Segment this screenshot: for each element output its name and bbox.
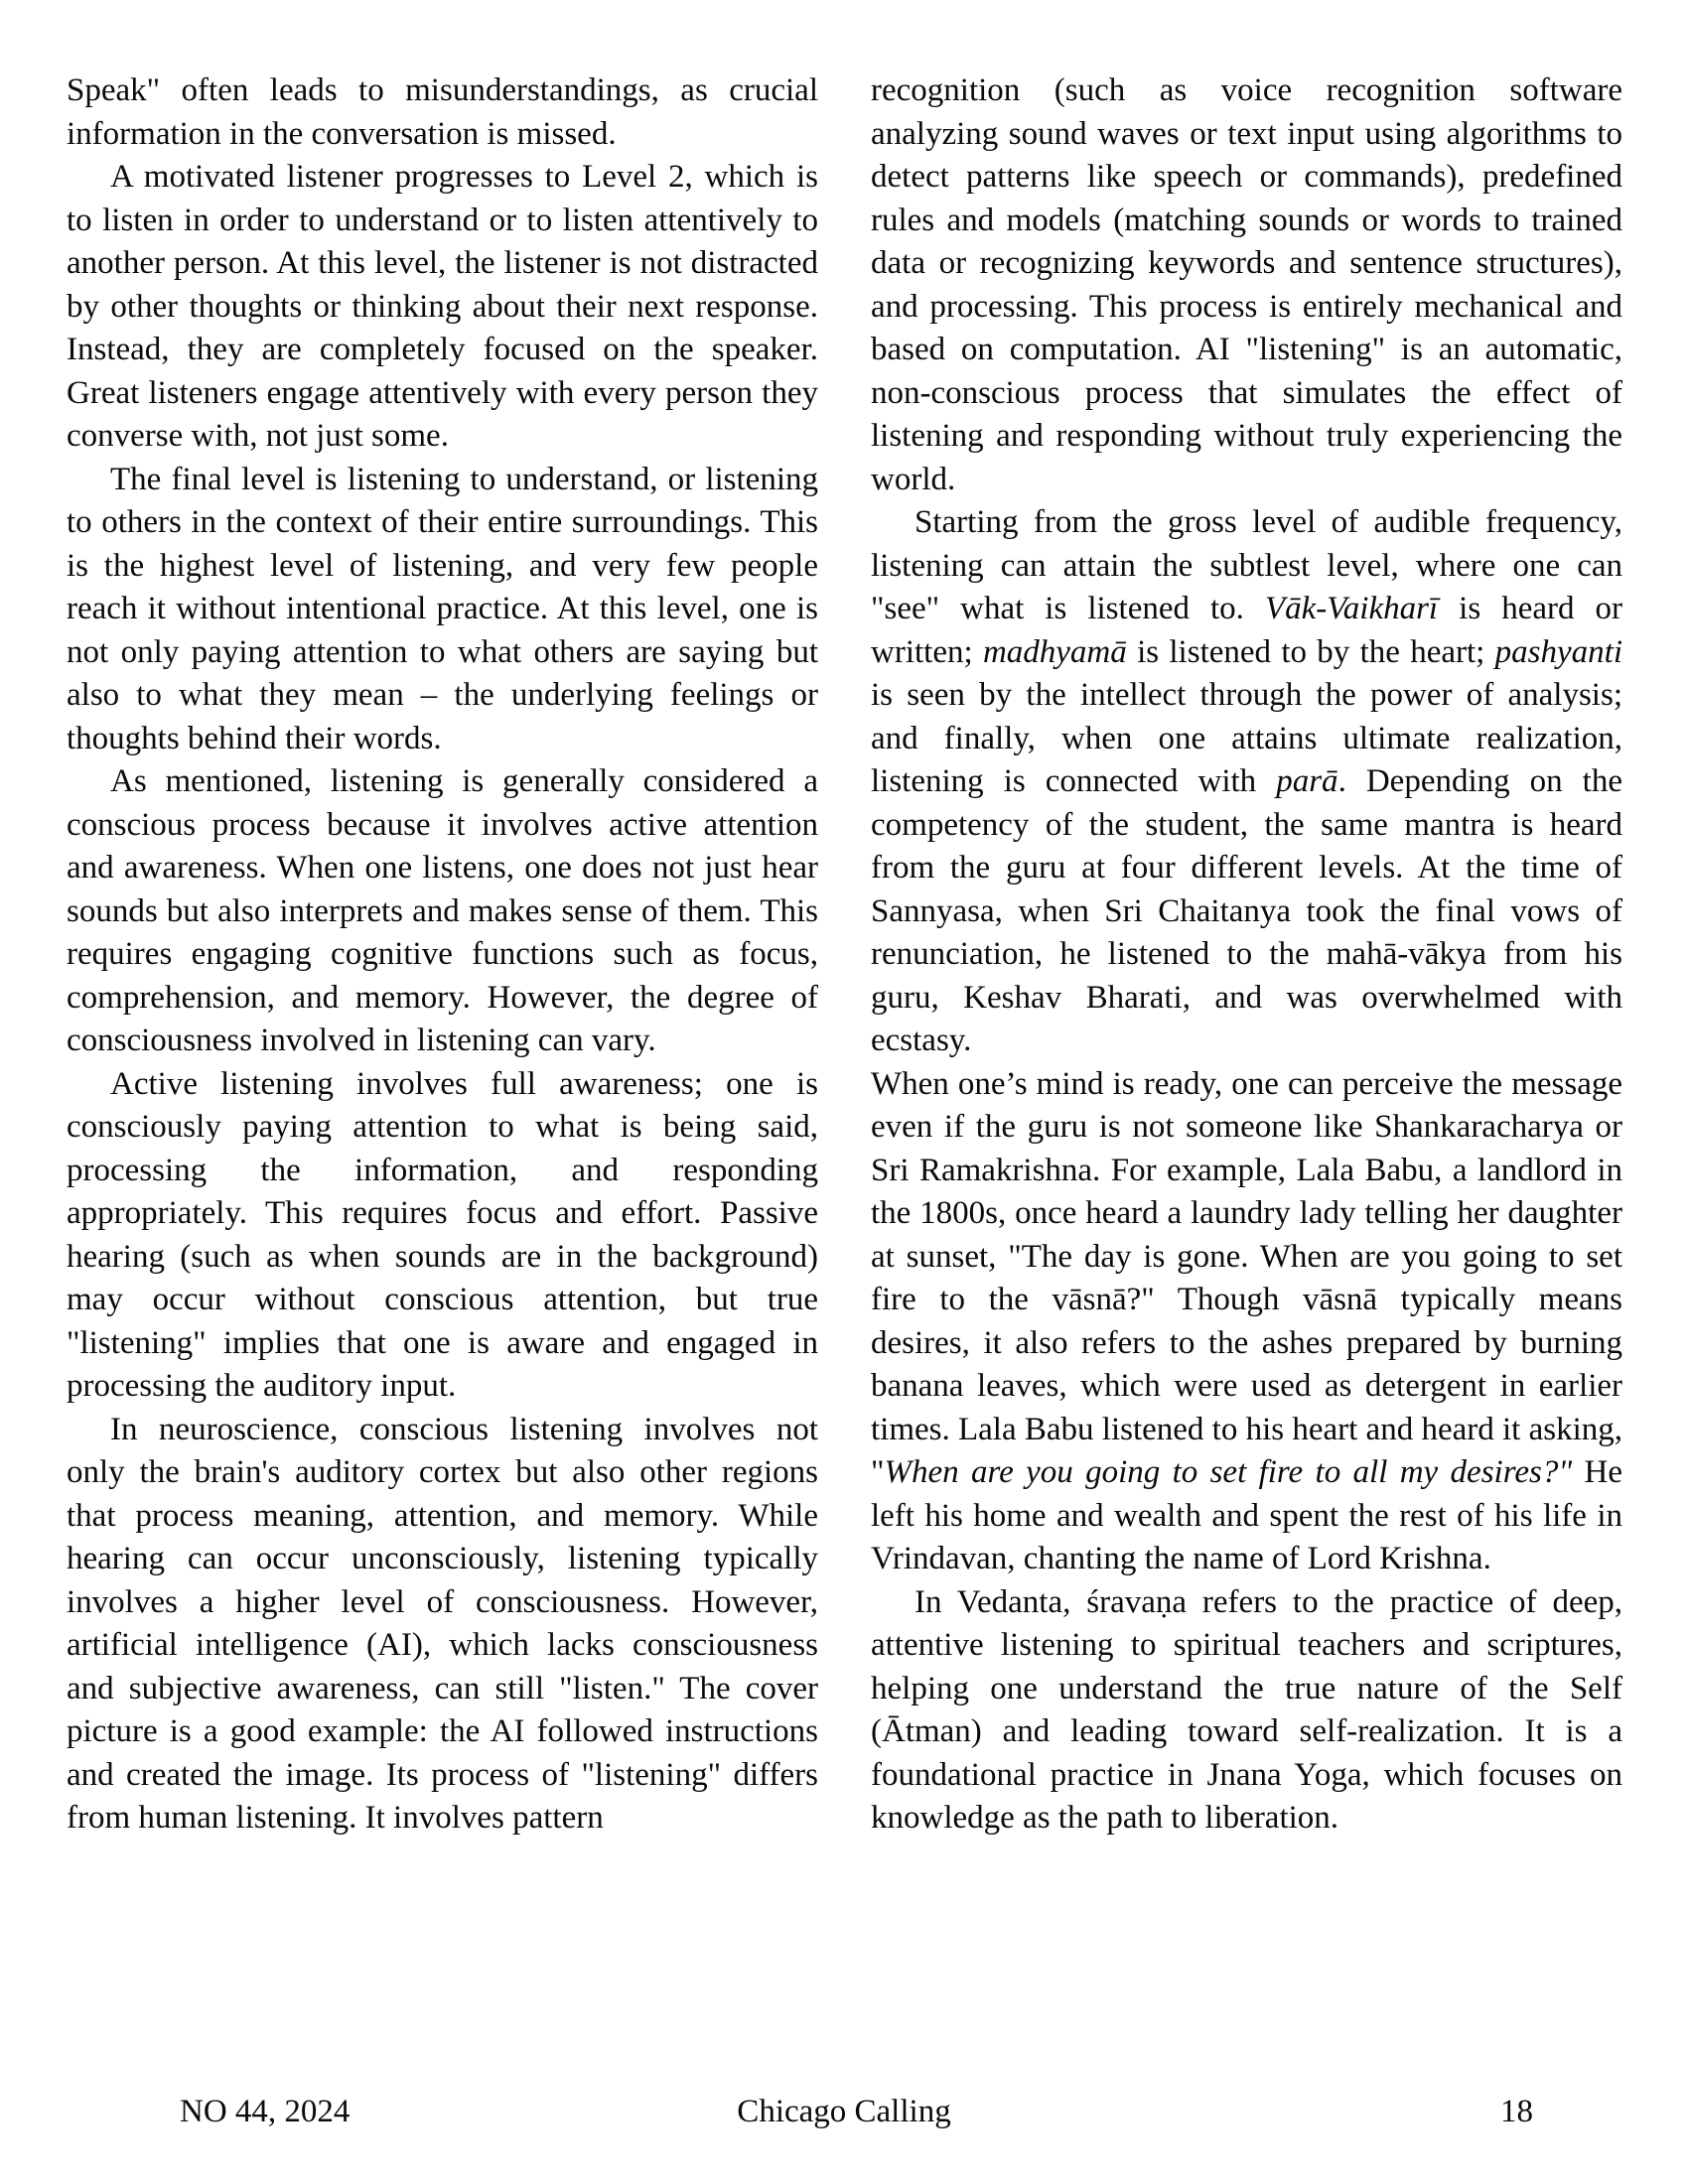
italic-text-run: Vāk-Vaikharī	[1265, 591, 1438, 626]
paragraph: In Vedanta, śravaṇa refers to the practi…	[871, 1581, 1622, 1841]
text-run: Speak" often leads to misunderstandings,…	[67, 72, 818, 152]
text-run: is listened to by the heart;	[1127, 634, 1495, 670]
magazine-page: Speak" often leads to misunderstandings,…	[0, 0, 1688, 2184]
paragraph: When one’s mind is ready, one can percei…	[871, 1063, 1622, 1581]
footer-publication-title: Chicago Calling	[737, 2089, 950, 2134]
paragraph: recognition (such as voice recognition s…	[871, 69, 1622, 501]
text-run: In Vedanta, śravaṇa refers to the practi…	[871, 1584, 1622, 1837]
text-run: A motivated listener progresses to Level…	[67, 159, 818, 454]
italic-text-run: pashyanti	[1495, 634, 1622, 670]
text-run: Active listening involves full awareness…	[67, 1066, 818, 1405]
paragraph: Speak" often leads to misunderstandings,…	[67, 69, 818, 156]
left-column: Speak" often leads to misunderstandings,…	[67, 69, 818, 1841]
paragraph: Starting from the gross level of audible…	[871, 501, 1622, 1063]
footer-page-number: 18	[1500, 2089, 1533, 2134]
paragraph: In neuroscience, conscious listening inv…	[67, 1409, 818, 1841]
text-run: The final level is listening to understa…	[67, 462, 818, 756]
page-footer: NO 44, 2024 Chicago Calling 18	[0, 2089, 1688, 2134]
footer-issue-number: NO 44, 2024	[180, 2089, 350, 2134]
italic-text-run: madhyamā	[983, 634, 1127, 670]
italic-text-run: parā	[1276, 763, 1337, 799]
paragraph: Active listening involves full awareness…	[67, 1063, 818, 1409]
paragraph: A motivated listener progresses to Level…	[67, 156, 818, 459]
text-run: In neuroscience, conscious listening inv…	[67, 1412, 818, 1837]
italic-text-run: When are you going to set fire to all my…	[884, 1454, 1572, 1490]
text-run: recognition (such as voice recognition s…	[871, 72, 1622, 497]
right-column: recognition (such as voice recognition s…	[871, 69, 1622, 1841]
text-run: . Depending on the competency of the stu…	[871, 763, 1622, 1058]
paragraph: As mentioned, listening is generally con…	[67, 760, 818, 1063]
paragraph: The final level is listening to understa…	[67, 459, 818, 761]
text-run: As mentioned, listening is generally con…	[67, 763, 818, 1058]
text-run: When one’s mind is ready, one can percei…	[871, 1066, 1622, 1491]
